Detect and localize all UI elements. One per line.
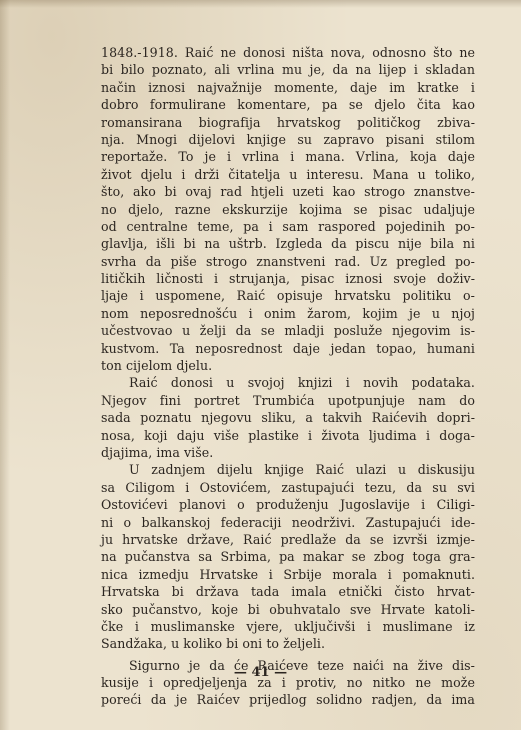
text-line: litičkih ličnosti i strujanja, pisac izn… — [101, 270, 475, 287]
text-line: ni o balkanskoj federaciji neodrživi. Za… — [101, 514, 475, 531]
paragraph-2: Raić donosi u svojoj knjizi i novih poda… — [101, 374, 475, 461]
text-line: djajima, ima više. — [101, 444, 475, 461]
text-line: nja. Mnogi dijelovi knjige su zapravo pi… — [101, 131, 475, 148]
text-line: sa Ciligom i Ostovićem, zastupajući tezu… — [101, 479, 475, 496]
text-line: sko pučanstvo, koje bi obuhvatalo sve Hr… — [101, 601, 475, 618]
text-line: reportaže. To je i vrlina i mana. Vrlina… — [101, 148, 475, 165]
text-line: ju hrvatske države, Raić predlaže da se … — [101, 531, 475, 548]
text-line: Raić donosi u svojoj knjizi i novih poda… — [101, 374, 475, 391]
text-line: dobro formulirane komentare, pa se djelo… — [101, 96, 475, 113]
text-line: ton cijelom djelu. — [101, 357, 475, 374]
text-line: Ostovićevi planovi o produženju Jugoslav… — [101, 496, 475, 513]
text-line: bi bilo poznato, ali vrlina mu je, da na… — [101, 61, 475, 78]
text-line: U zadnjem dijelu knjige Raić ulazi u dis… — [101, 461, 475, 478]
text-line: 1848.-1918. Raić ne donosi ništa nova, o… — [101, 44, 475, 61]
text-line: čke i muslimanske vjere, uključivši i mu… — [101, 618, 475, 635]
text-line: glavlja, išli bi na uštrb. Izgleda da pi… — [101, 235, 475, 252]
text-line: na pučanstva sa Srbima, pa makar se zbog… — [101, 548, 475, 565]
text-line: nosa, koji daju više plastike i života l… — [101, 427, 475, 444]
text-line: nica izmedju Hrvatske i Srbije morala i … — [101, 566, 475, 583]
text-line: Njegov fini portret Trumbića upotpunjuje… — [101, 392, 475, 409]
text-line: što, ako bi ovaj rad htjeli uzeti kao st… — [101, 183, 475, 200]
text-line: nom neposrednošću i onim žarom, kojim je… — [101, 305, 475, 322]
text-line: Sandžaka, u koliko bi oni to željeli. — [101, 635, 475, 652]
page-edge-shadow — [0, 0, 10, 730]
text-line: život djelu i drži čitatelja u interesu.… — [101, 166, 475, 183]
text-line: no djelo, razne ekskurzije kojima se pis… — [101, 201, 475, 218]
text-line: ljaje i uspomene, Raić opisuje hrvatsku … — [101, 287, 475, 304]
text-line: kustvom. Ta neposrednost daje jedan topa… — [101, 340, 475, 357]
paragraph-3: U zadnjem dijelu knjige Raić ulazi u dis… — [101, 461, 475, 652]
text-line: sada poznatu njegovu sliku, a takvih Rai… — [101, 409, 475, 426]
text-line: učestvovao u želji da se mladji posluže … — [101, 322, 475, 339]
text-line: Hrvatska bi država tada imala etnički či… — [101, 583, 475, 600]
text-line: od centralne teme, pa i sam raspored poj… — [101, 218, 475, 235]
text-line: romansirana biografija hrvatskog politič… — [101, 114, 475, 131]
text-line: poreći da je Raićev prijedlog solidno ra… — [101, 691, 475, 708]
page-body-text: 1848.-1918. Raić ne donosi ništa nova, o… — [101, 44, 475, 709]
text-line: način iznosi najvažnije momente, daje im… — [101, 79, 475, 96]
page-number: — 41 — — [0, 665, 521, 680]
paragraph-1: 1848.-1918. Raić ne donosi ništa nova, o… — [101, 44, 475, 374]
text-line: svrha da piše strogo znanstveni rad. Uz … — [101, 253, 475, 270]
